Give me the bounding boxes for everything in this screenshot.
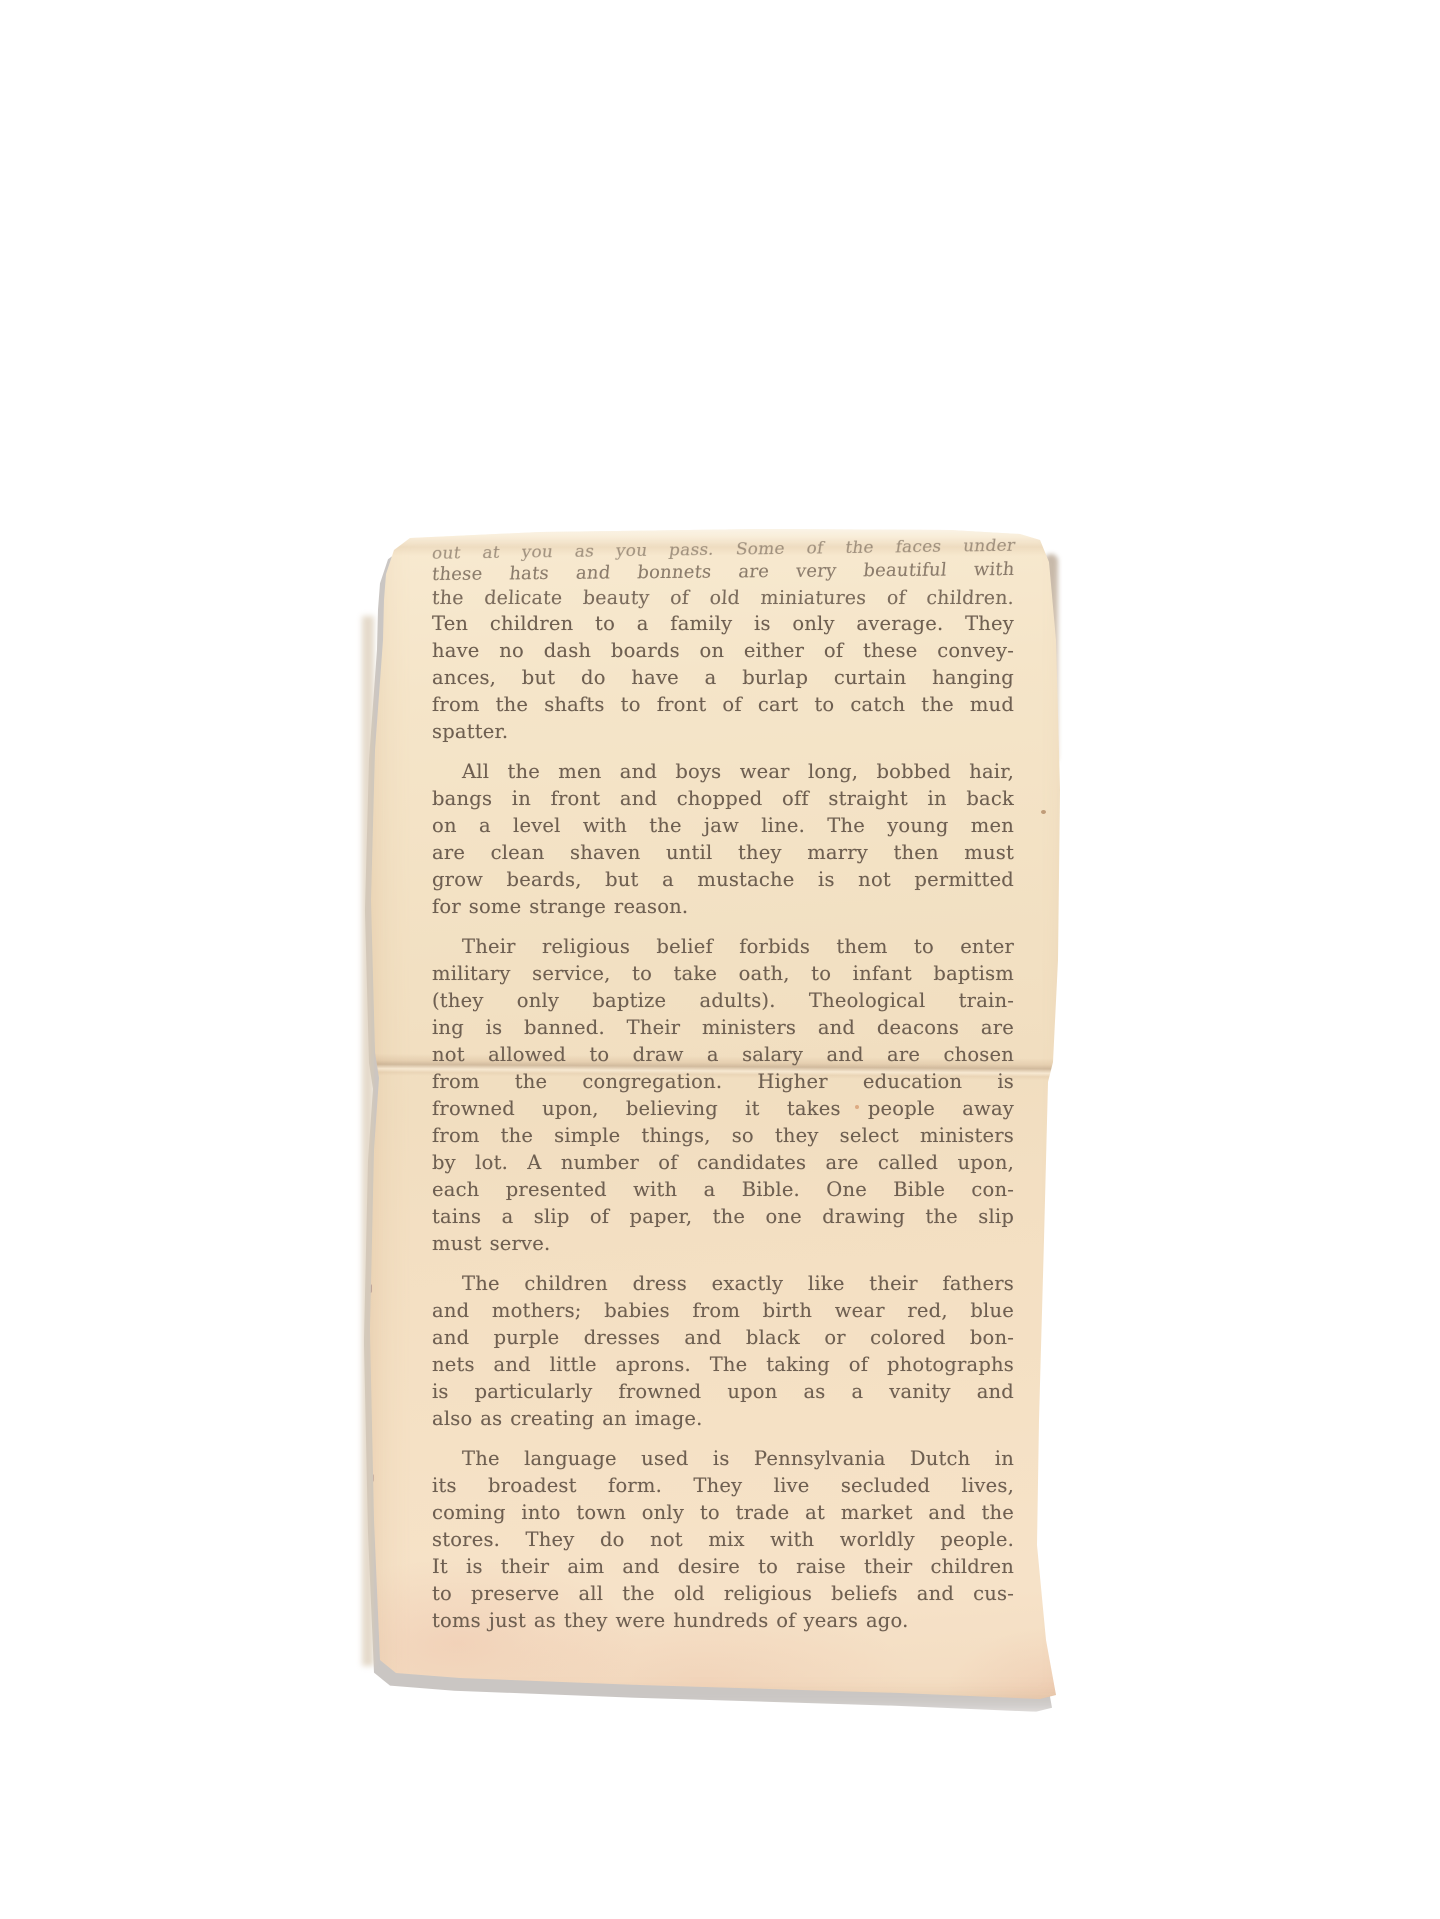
text-line: these hats and bonnets are very beautifu…	[431, 559, 1016, 586]
paragraph: All the men and boys wear long, bobbed h…	[432, 758, 1014, 920]
text-line: military service, to take oath, to infan…	[432, 960, 1014, 987]
text-line: for some strange reason.	[432, 893, 1014, 920]
text-line: The children dress exactly like their fa…	[432, 1270, 1014, 1297]
text-line: from the shafts to front of cart to catc…	[432, 691, 1014, 718]
text-line: stores. They do not mix with worldly peo…	[432, 1526, 1014, 1553]
text-line: grow beards, but a mustache is not permi…	[432, 866, 1014, 893]
text-line: Their religious belief forbids them to e…	[432, 933, 1014, 960]
text-line: coming into town only to trade at market…	[432, 1499, 1014, 1526]
text-line: It is their aim and desire to raise thei…	[432, 1553, 1014, 1580]
text-line: is particularly frowned upon as a vanity…	[432, 1378, 1014, 1405]
text-line: spatter.	[432, 718, 1014, 745]
text-line: tains a slip of paper, the one drawing t…	[432, 1203, 1014, 1230]
text-line: bangs in front and chopped off straight …	[432, 785, 1014, 812]
photo-background: out at you as you pass. Some of the face…	[0, 0, 1440, 1919]
text-line: Ten children to a family is only average…	[432, 610, 1014, 637]
text-line: toms just as they were hundreds of years…	[432, 1607, 1014, 1634]
text-line: from the congregation. Higher education …	[432, 1068, 1014, 1095]
text-line: also as creating an image.	[432, 1405, 1014, 1432]
text-line: (they only baptize adults). Theological …	[432, 987, 1014, 1014]
text-line: are clean shaven until they marry then m…	[432, 839, 1014, 866]
text-line: must serve.	[432, 1230, 1014, 1257]
text-line: All the men and boys wear long, bobbed h…	[432, 758, 1014, 785]
text-line: and mothers; babies from birth wear red,…	[432, 1297, 1014, 1324]
text-line: ing is banned. Their ministers and deaco…	[432, 1014, 1014, 1041]
paragraph: The children dress exactly like their fa…	[432, 1270, 1014, 1432]
paragraph: out at you as you pass. Some of the face…	[432, 544, 1014, 745]
document-text: out at you as you pass. Some of the face…	[432, 544, 1014, 1647]
text-line: have no dash boards on either of these c…	[432, 637, 1014, 664]
page-behind-edge-left	[362, 616, 374, 1666]
pamphlet-page: out at you as you pass. Some of the face…	[356, 526, 1080, 1702]
text-line: from the simple things, so they select m…	[432, 1122, 1014, 1149]
paper-speck	[1041, 810, 1046, 814]
paragraph: Their religious belief forbids them to e…	[432, 933, 1014, 1257]
pamphlet-scene: out at you as you pass. Some of the face…	[356, 526, 1080, 1702]
text-line: frowned upon, believing it takes people …	[432, 1095, 1014, 1122]
text-line: each presented with a Bible. One Bible c…	[432, 1176, 1014, 1203]
text-line: not allowed to draw a salary and are cho…	[432, 1041, 1014, 1068]
text-line: and purple dresses and black or colored …	[432, 1324, 1014, 1351]
paragraph: The language used is Pennsylvania Dutch …	[432, 1445, 1014, 1634]
text-line: by lot. A number of candidates are calle…	[432, 1149, 1014, 1176]
text-line: on a level with the jaw line. The young …	[432, 812, 1014, 839]
text-line: the delicate beauty of old miniatures of…	[431, 586, 1014, 610]
text-line: its broadest form. They live secluded li…	[432, 1472, 1014, 1499]
text-line: The language used is Pennsylvania Dutch …	[432, 1445, 1014, 1472]
text-line: ances, but do have a burlap curtain hang…	[432, 664, 1014, 691]
text-line: to preserve all the old religious belief…	[432, 1580, 1014, 1607]
text-line: nets and little aprons. The taking of ph…	[432, 1351, 1014, 1378]
